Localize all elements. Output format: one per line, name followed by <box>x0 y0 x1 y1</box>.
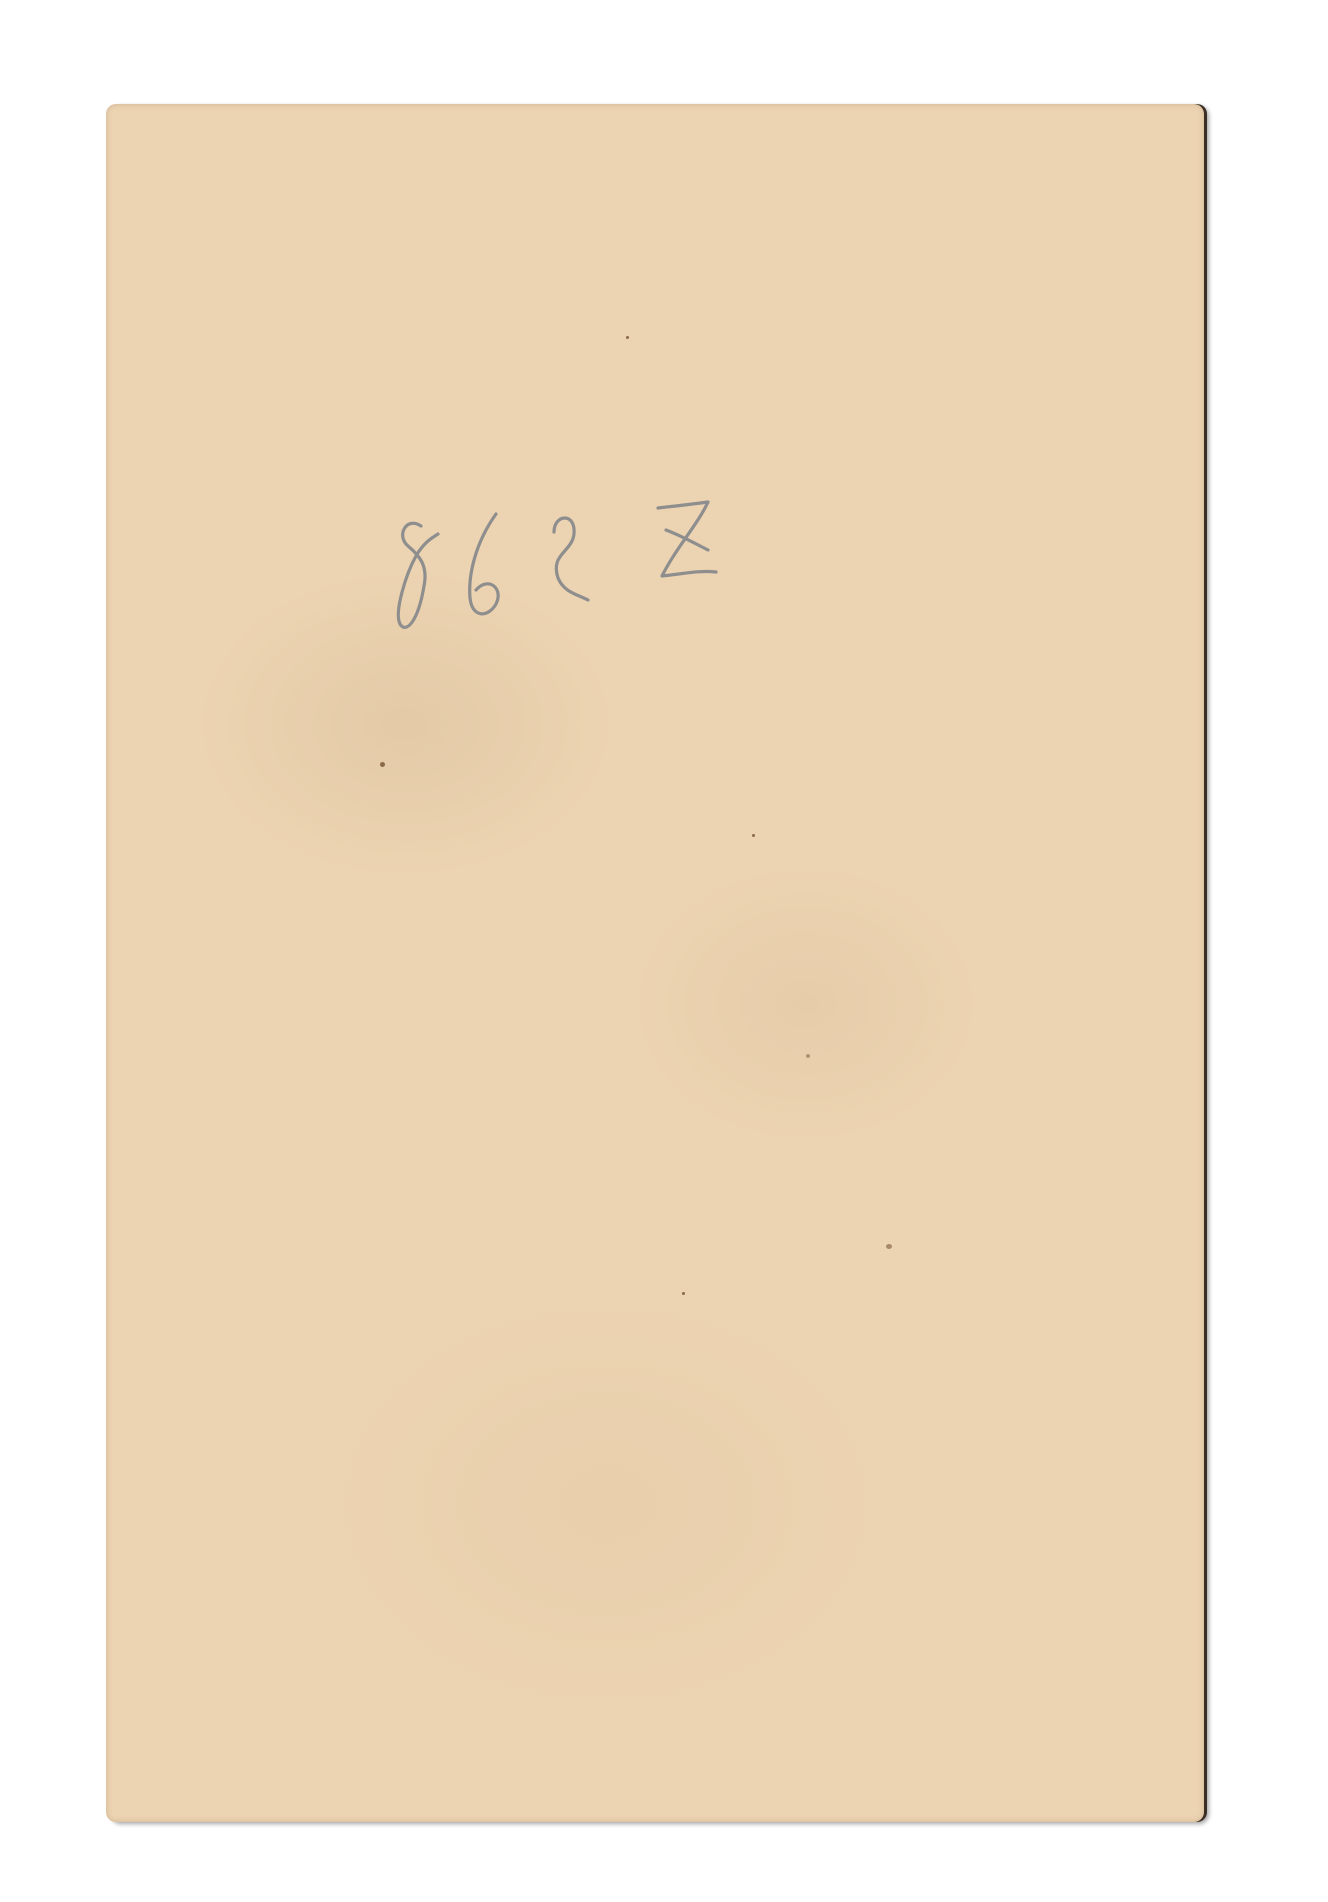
paper-spot <box>886 1244 892 1249</box>
paper-spot <box>626 336 629 339</box>
paper-spot <box>682 1292 685 1295</box>
paper-spot <box>752 834 755 837</box>
paper-spot <box>380 762 385 767</box>
pencil-annotation <box>376 494 796 644</box>
paper-spot <box>806 1054 810 1058</box>
cabinet-card-back: 862 Z <box>106 104 1204 1822</box>
